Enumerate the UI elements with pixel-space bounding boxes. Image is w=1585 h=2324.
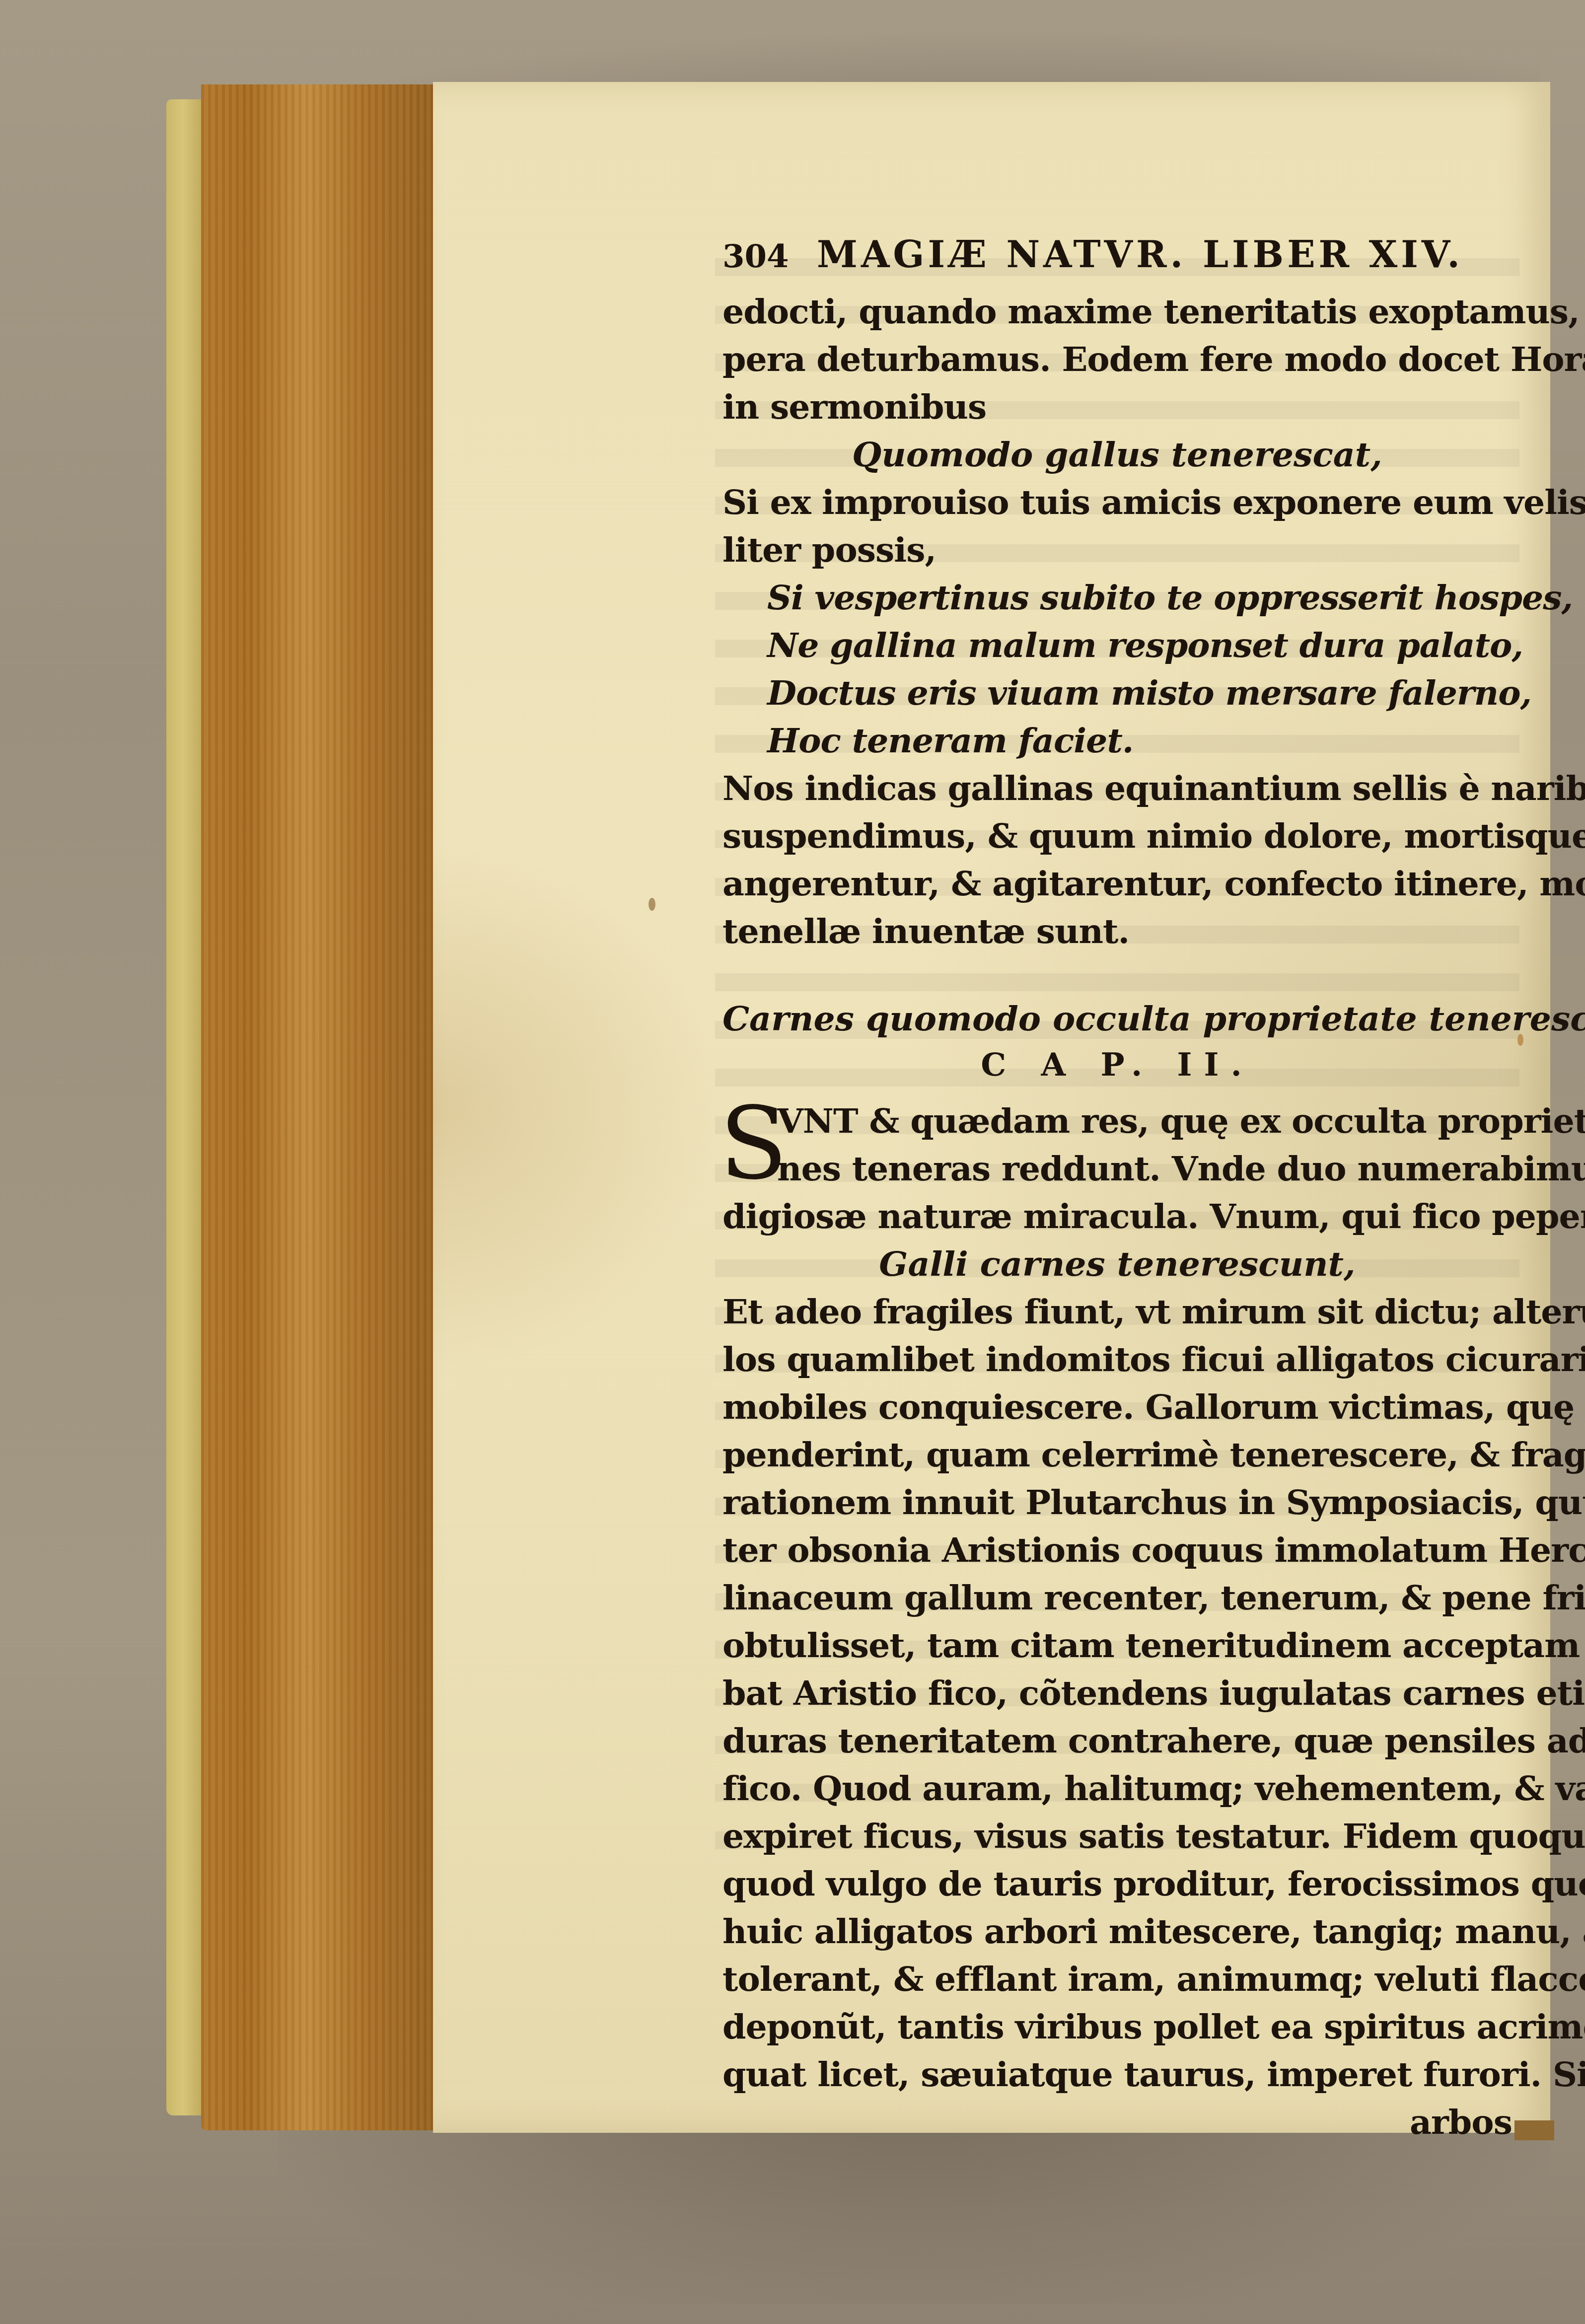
text-line: VNT & quædam res, quę ex occulta proprie… bbox=[722, 1097, 1512, 1145]
foxing-spot bbox=[648, 898, 655, 911]
text-line: edocti, quando maxime teneritatis exopta… bbox=[722, 288, 1512, 336]
page-corner-edge bbox=[1514, 2120, 1554, 2140]
verse-line: Ne gallina malum responset dura palato, bbox=[722, 622, 1512, 669]
page-text: 304 MAGIÆ NATVR. LIBER XIV. edocti, quan… bbox=[722, 233, 1512, 2146]
text-line: Nos indicas gallinas equinantium sellis … bbox=[722, 765, 1512, 812]
text-line: penderint, quam celerrimè tenerescere, &… bbox=[722, 1431, 1512, 1479]
text-line: fico. Quod auram, halitumq; vehementem, … bbox=[722, 1765, 1512, 1813]
book-fore-edge bbox=[201, 84, 434, 2130]
text-line: los quamlibet indomitos ficui alligatos … bbox=[722, 1336, 1512, 1383]
text-line: bat Aristio fico, cõtendens iugulatas ca… bbox=[722, 1670, 1512, 1717]
text-line: liter possis, bbox=[722, 526, 1512, 574]
section-subheading: Quomodo gallus tenerescat, bbox=[722, 431, 1512, 479]
text-line: nes teneras reddunt. Vnde duo numerabimu… bbox=[722, 1145, 1512, 1193]
drop-capital: S bbox=[720, 1099, 788, 1189]
text-line: quod vulgo de tauris proditur, ferocissi… bbox=[722, 1860, 1512, 1908]
book-cover-edge bbox=[166, 99, 204, 2115]
text-line: obtulisset, tam citam teneritudinem acce… bbox=[722, 1622, 1512, 1670]
chapter-opening: S VNT & quædam res, quę ex occulta propr… bbox=[722, 1097, 1512, 1240]
text-line: quat licet, sæuiatque taurus, imperet fu… bbox=[722, 2051, 1512, 2099]
text-line: linaceum gallum recenter, tenerum, & pen… bbox=[722, 1574, 1512, 1622]
text-line: Et adeo fragiles fiunt, vt mirum sit dic… bbox=[722, 1288, 1512, 1336]
text-line: huic alligatos arbori mitescere, tangiq;… bbox=[722, 1908, 1512, 1956]
text-line: pera deturbamus. Eodem fere modo docet H… bbox=[722, 336, 1512, 383]
text-line: suspendimus, & quum nimio dolore, mortis… bbox=[722, 812, 1512, 860]
text-line: deponũt, tantis viribus pollet ea spirit… bbox=[722, 2003, 1512, 2051]
text-line: mobiles conquiescere. Gallorum victimas,… bbox=[722, 1383, 1512, 1431]
verse-line: Doctus eris viuam misto mersare falerno, bbox=[722, 669, 1512, 717]
running-head: 304 MAGIÆ NATVR. LIBER XIV. bbox=[722, 233, 1512, 288]
text-line: digiosæ naturæ miracula. Vnum, qui fico … bbox=[722, 1193, 1512, 1240]
text-line: expiret ficus, visus satis testatur. Fid… bbox=[722, 1813, 1512, 1860]
catchword: arbos bbox=[722, 2099, 1512, 2146]
text-line: tenellæ inuentæ sunt. bbox=[722, 908, 1512, 955]
section-subheading: Galli carnes tenerescunt, bbox=[722, 1240, 1512, 1288]
text-line: rationem innuit Plutarchus in Symposiaci… bbox=[722, 1479, 1512, 1526]
text-line: in sermonibus bbox=[722, 383, 1512, 431]
spacer bbox=[722, 955, 1512, 995]
chapter-label: C A P. II. bbox=[722, 1043, 1512, 1097]
verse-line: Si vespertinus subito te oppresserit hos… bbox=[722, 574, 1512, 622]
text-line: ter obsonia Aristionis coquus immolatum … bbox=[722, 1526, 1512, 1574]
verse-line: Hoc teneram faciet. bbox=[722, 717, 1512, 765]
text-line: Si ex improuiso tuis amicis exponere eum… bbox=[722, 479, 1512, 526]
text-line: angerentur, & agitarentur, confecto itin… bbox=[722, 860, 1512, 908]
chapter-title: Carnes quomodo occulta proprietate tener… bbox=[722, 995, 1512, 1043]
text-line: tolerant, & efflant iram, animumq; velut… bbox=[722, 1956, 1512, 2003]
page-number: 304 bbox=[722, 238, 817, 275]
running-title: MAGIÆ NATVR. LIBER XIV. bbox=[817, 233, 1512, 276]
text-line: duras teneritatem contrahere, quæ pensil… bbox=[722, 1717, 1512, 1765]
